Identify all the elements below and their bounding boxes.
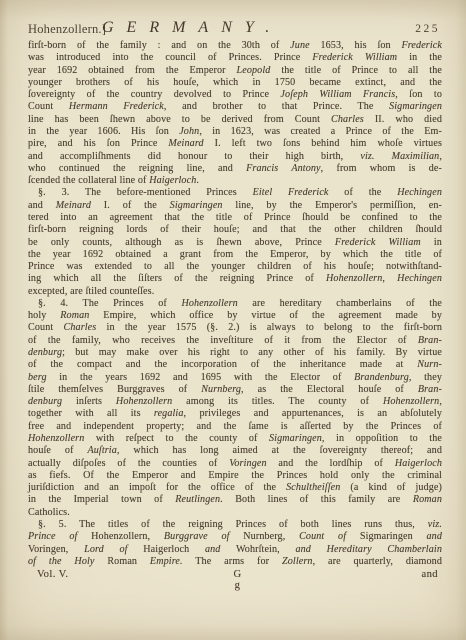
text-line: Prince of Hohenzollern, Burggrave of Nur… — [28, 531, 442, 543]
text-line: and Meinard I. of the Sigmaringen line, … — [28, 200, 442, 212]
text-line: and accompliſhments did honour to their … — [28, 151, 442, 163]
running-title-left: Hohenzollern.] — [28, 22, 106, 37]
text-line: Count Hermann Frederick, and brother to … — [28, 101, 442, 113]
text-line: Voringen, Lord of Haigerloch and Wohrſte… — [28, 544, 442, 556]
text-line: who continued the reigning line, and Fra… — [28, 163, 442, 175]
text-line: ſovereignty of the country devolved to P… — [28, 89, 442, 101]
text-line: houſe of Auſtria, which has long aimed a… — [28, 445, 442, 457]
text-line: as fiefs. Of the Emperor and Empire the … — [28, 470, 442, 482]
text-line: Count Charles in the year 1575 (§. 2.) i… — [28, 322, 442, 334]
text-line: in the Imperial town of Reutlingen. Both… — [28, 494, 442, 506]
page-number: 225 — [415, 23, 440, 35]
body-text: firſt-born of the family : and on the 30… — [28, 40, 442, 568]
text-line: firſt-born reigning lords of their houſe… — [28, 224, 442, 236]
text-line: actually diſpoſes of the counties of Vor… — [28, 458, 442, 470]
text-line: §. 4. The Princes of Hohenzollern are he… — [28, 298, 442, 310]
text-line: of the family, who receives the inveſtit… — [28, 335, 442, 347]
text-line: juriſdiction and an impoſt for the offic… — [28, 482, 442, 494]
catchword: and — [242, 569, 442, 580]
text-line: tered into an agreement that the title o… — [28, 212, 442, 224]
text-line: ing which all the ſiſters of the reignin… — [28, 273, 442, 285]
text-line: holy Roman Empire, which office by virtu… — [28, 310, 442, 322]
text-line: free and independent property; and the ſ… — [28, 421, 442, 433]
text-line: denburg inſerts Hohenzollern among its t… — [28, 396, 442, 408]
text-line: together with all its regalia, privilege… — [28, 408, 442, 420]
text-line: Prince was extended to all the younger c… — [28, 261, 442, 273]
page-header: Hohenzollern.] GERMANY. 225 — [28, 19, 442, 37]
text-line: ſtile themſelves Burggraves of Nurnberg,… — [28, 384, 442, 396]
text-line: excepted, are ſtiled counteſſes. — [28, 286, 442, 298]
text-line: denburg; but may make over his right to … — [28, 347, 442, 359]
volume-label: Vol. V. — [28, 569, 233, 580]
text-line: pire, and his ſon Prince Meinard I. left… — [28, 138, 442, 150]
page-footer: Vol. V. G g and — [28, 569, 442, 591]
text-line: of the compact and the incorporation of … — [28, 359, 442, 371]
text-line: firſt-born of the family : and on the 30… — [28, 40, 442, 52]
text-line: berg in the years 1692 and 1695 with the… — [28, 372, 442, 384]
text-line: was introduced into the council of Princ… — [28, 52, 442, 64]
text-line: year 1692 obtained from the Emperor Leop… — [28, 65, 442, 77]
text-line: in the year 1606. His ſon John, in 1623,… — [28, 126, 442, 138]
text-line: of the Holy Roman Empire. The arms for Z… — [28, 556, 442, 568]
text-line: be only counts, although as is ſhewn abo… — [28, 237, 442, 249]
text-line: Hohenzollern with reſpect to the county … — [28, 433, 442, 445]
text-line: line has been ſhewn above to be derived … — [28, 114, 442, 126]
text-line: ſcended the collateral line of Haigerloc… — [28, 175, 442, 187]
text-line: younger brothers of his houſe, which in … — [28, 77, 442, 89]
text-line: §. 5. The titles of the reigning Princes… — [28, 519, 442, 531]
text-line: §. 3. The before-mentioned Princes Eitel… — [28, 187, 442, 199]
page-title: GERMANY. — [102, 19, 282, 37]
text-line: Catholics. — [28, 507, 442, 519]
text-line: the year 1692 obtained a grant from the … — [28, 249, 442, 261]
signature-mark: G g — [233, 569, 241, 591]
book-page: Hohenzollern.] GERMANY. 225 firſt-born o… — [0, 0, 466, 640]
